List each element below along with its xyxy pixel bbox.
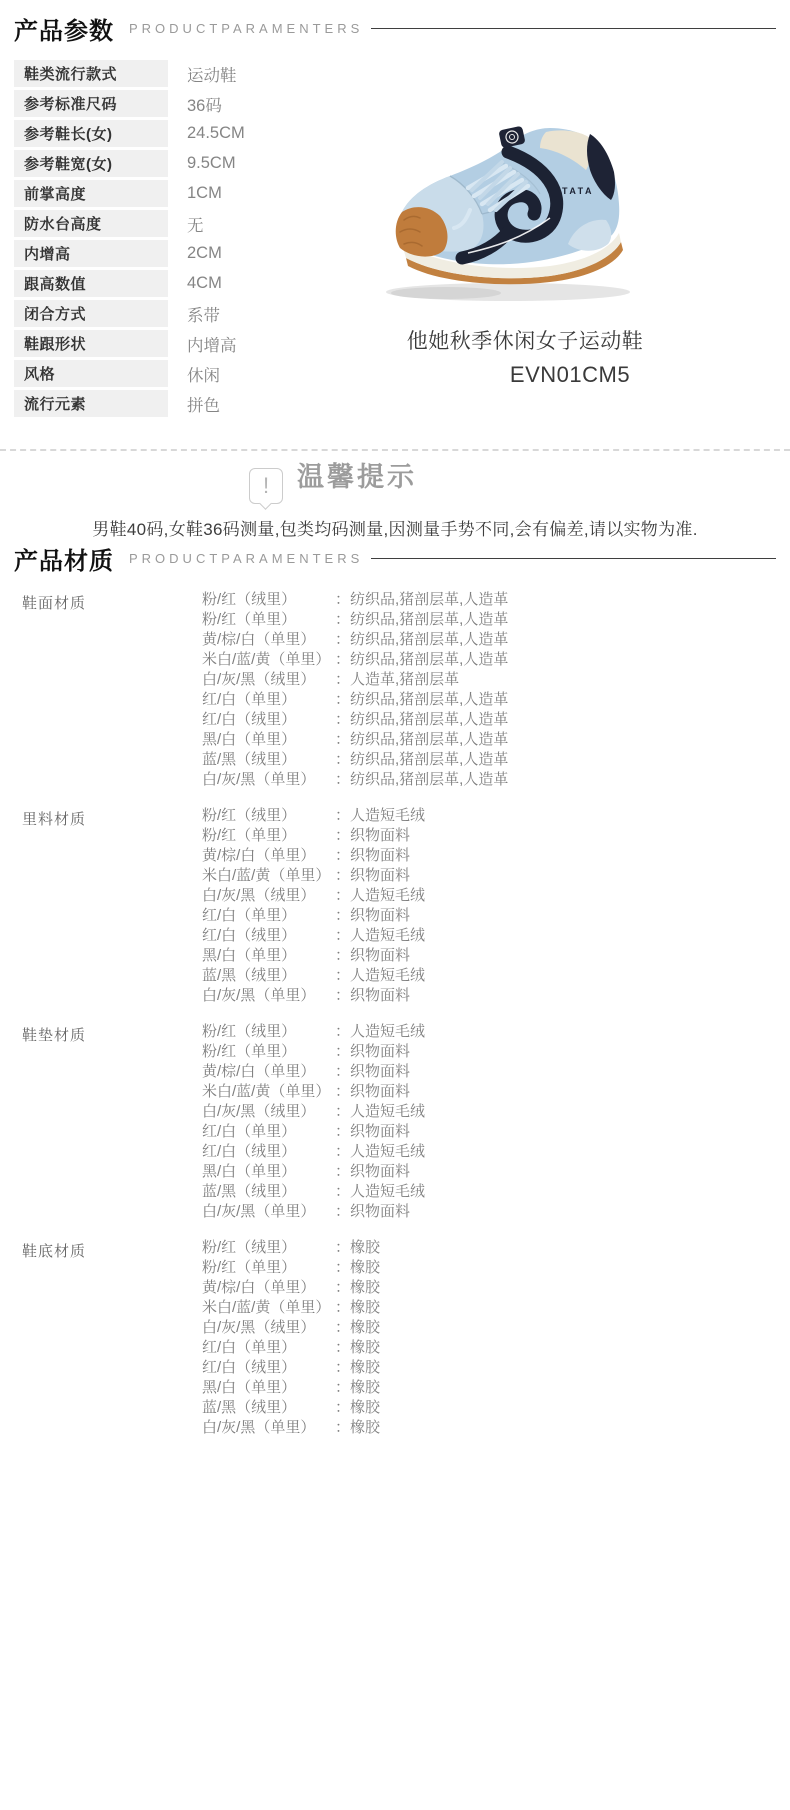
material-row: 粉/红（单里） ：纺织品,猪剖层革,人造革 (202, 610, 508, 630)
dashed-divider (0, 449, 790, 451)
material-colorway: 粉/红（绒里） (202, 1022, 335, 1042)
material-row: 红/白（绒里） ：人造短毛绒 (202, 1142, 425, 1162)
material-colorway: 米白/蓝/黄（单里） (202, 1298, 335, 1318)
material-group-insole: 鞋垫材质 粉/红（绒里） ：人造短毛绒 粉/红（单里） ：织物面料 黄/棕/白（… (22, 1022, 508, 1222)
material-colorway: 红/白（单里） (202, 690, 335, 710)
material-value: ：纺织品,猪剖层革,人造革 (335, 590, 508, 610)
material-colorway: 白/灰/黑（绒里） (202, 1102, 335, 1122)
material-value: ：人造短毛绒 (335, 886, 425, 906)
params-section-subtitle: PRODUCTPARAMENTERS (129, 21, 363, 36)
header-rule-line (371, 558, 776, 559)
param-value: 拼色 (187, 390, 220, 417)
product-image: TATA (350, 92, 670, 312)
param-value: 无 (187, 210, 204, 237)
material-row: 黄/棕/白（单里） ：织物面料 (202, 846, 425, 866)
material-colorway: 米白/蓝/黄（单里） (202, 650, 335, 670)
material-value: ：纺织品,猪剖层革,人造革 (335, 650, 508, 670)
param-value: 4CM (187, 270, 222, 297)
material-value: ：橡胶 (335, 1398, 380, 1418)
param-value: 运动鞋 (187, 60, 237, 87)
material-row: 黑/白（单里） ：纺织品,猪剖层革,人造革 (202, 730, 508, 750)
material-colorway: 白/灰/黑（绒里） (202, 1318, 335, 1338)
materials-table: 鞋面材质 粉/红（绒里） ：纺织品,猪剖层革,人造革 粉/红（单里） ：纺织品,… (22, 590, 508, 1454)
param-value: 系带 (187, 300, 220, 327)
material-rows: 粉/红（绒里） ：纺织品,猪剖层革,人造革 粉/红（单里） ：纺织品,猪剖层革,… (202, 590, 508, 790)
param-label: 参考鞋宽(女) (14, 150, 168, 177)
material-colorway: 红/白（绒里） (202, 1358, 335, 1378)
material-colorway: 白/灰/黑（单里） (202, 1202, 335, 1222)
material-value: ：橡胶 (335, 1258, 380, 1278)
material-row: 蓝/黑（绒里） ：人造短毛绒 (202, 966, 425, 986)
material-value: ：织物面料 (335, 826, 410, 846)
material-value: ：橡胶 (335, 1318, 380, 1338)
material-value: ：橡胶 (335, 1358, 380, 1378)
material-colorway: 黑/白（单里） (202, 1378, 335, 1398)
material-row: 红/白（单里） ：织物面料 (202, 1122, 425, 1142)
material-colorway: 粉/红（绒里） (202, 806, 335, 826)
material-row: 黑/白（单里） ：织物面料 (202, 946, 425, 966)
material-colorway: 红/白（单里） (202, 1122, 335, 1142)
materials-section-title: 产品材质 (14, 541, 114, 576)
material-value: ：织物面料 (335, 1082, 410, 1102)
material-rows: 粉/红（绒里） ：人造短毛绒 粉/红（单里） ：织物面料 黄/棕/白（单里） ：… (202, 806, 425, 1006)
material-colorway: 白/灰/黑（单里） (202, 770, 335, 790)
param-label: 鞋类流行款式 (14, 60, 168, 87)
material-value: ：橡胶 (335, 1278, 380, 1298)
param-label: 参考标准尺码 (14, 90, 168, 117)
material-value: ：橡胶 (335, 1238, 380, 1258)
material-colorway: 粉/红（单里） (202, 826, 335, 846)
material-colorway: 蓝/黑（绒里） (202, 750, 335, 770)
param-value: 2CM (187, 240, 222, 267)
material-colorway: 粉/红（单里） (202, 1258, 335, 1278)
material-row: 红/白（绒里） ：橡胶 (202, 1358, 380, 1378)
material-row: 粉/红（绒里） ：纺织品,猪剖层革,人造革 (202, 590, 508, 610)
header-rule-line (371, 28, 776, 29)
material-value: ：人造短毛绒 (335, 966, 425, 986)
materials-section-subtitle: PRODUCTPARAMENTERS (129, 551, 363, 566)
material-value: ：织物面料 (335, 1162, 410, 1182)
material-colorway: 蓝/黑（绒里） (202, 1398, 335, 1418)
shoe-brand-text: TATA (562, 186, 594, 196)
param-value: 24.5CM (187, 120, 245, 147)
material-value: ：织物面料 (335, 1062, 410, 1082)
params-section-header: 产品参数 PRODUCTPARAMENTERS (14, 11, 776, 46)
material-group-label: 里料材质 (22, 806, 202, 1006)
material-colorway: 米白/蓝/黄（单里） (202, 1082, 335, 1102)
material-value: ：人造短毛绒 (335, 806, 425, 826)
param-value: 36码 (187, 90, 222, 117)
material-colorway: 黑/白（单里） (202, 946, 335, 966)
material-colorway: 粉/红（单里） (202, 1042, 335, 1062)
tips-header: ! 温馨提示 (0, 455, 728, 504)
material-row: 红/白（单里） ：织物面料 (202, 906, 425, 926)
material-value: ：织物面料 (335, 1202, 410, 1222)
material-colorway: 红/白（绒里） (202, 926, 335, 946)
material-colorway: 蓝/黑（绒里） (202, 1182, 335, 1202)
material-colorway: 粉/红（单里） (202, 610, 335, 630)
material-colorway: 白/灰/黑（单里） (202, 1418, 335, 1438)
material-row: 红/白（绒里） ：人造短毛绒 (202, 926, 425, 946)
material-row: 米白/蓝/黄（单里） ：织物面料 (202, 866, 425, 886)
param-value: 内增高 (187, 330, 237, 357)
material-value: ：纺织品,猪剖层革,人造革 (335, 610, 508, 630)
material-colorway: 红/白（绒里） (202, 710, 335, 730)
material-value: ：橡胶 (335, 1338, 380, 1358)
material-row: 蓝/黑（绒里） ：纺织品,猪剖层革,人造革 (202, 750, 508, 770)
material-row: 白/灰/黑（绒里） ：人造短毛绒 (202, 886, 425, 906)
product-model: EVN01CM5 (345, 362, 790, 388)
material-colorway: 白/灰/黑（单里） (202, 986, 335, 1006)
material-value: ：人造革,猪剖层革 (335, 670, 459, 690)
material-row: 黄/棕/白（单里） ：橡胶 (202, 1278, 380, 1298)
material-row: 白/灰/黑（绒里） ：人造短毛绒 (202, 1102, 425, 1122)
param-value: 休闲 (187, 360, 220, 387)
material-row: 白/灰/黑（单里） ：纺织品,猪剖层革,人造革 (202, 770, 508, 790)
sneaker-illustration: TATA (350, 92, 670, 312)
param-label: 前掌高度 (14, 180, 168, 207)
material-value: ：橡胶 (335, 1418, 380, 1438)
material-colorway: 黄/棕/白（单里） (202, 846, 335, 866)
material-colorway: 粉/红（绒里） (202, 590, 335, 610)
param-value: 1CM (187, 180, 222, 207)
material-group-upper: 鞋面材质 粉/红（绒里） ：纺织品,猪剖层革,人造革 粉/红（单里） ：纺织品,… (22, 590, 508, 790)
material-row: 蓝/黑（绒里） ：橡胶 (202, 1398, 380, 1418)
material-value: ：织物面料 (335, 986, 410, 1006)
tips-block: ! 温馨提示 男鞋40码,女鞋36码测量,包类均码测量,因测量手势不同,会有偏差… (0, 455, 790, 540)
material-colorway: 白/灰/黑（绒里） (202, 886, 335, 906)
param-row: 流行元素 拼色 (14, 390, 614, 417)
material-row: 红/白（单里） ：橡胶 (202, 1338, 380, 1358)
param-label: 风格 (14, 360, 168, 387)
material-rows: 粉/红（绒里） ：人造短毛绒 粉/红（单里） ：织物面料 黄/棕/白（单里） ：… (202, 1022, 425, 1222)
material-value: ：织物面料 (335, 906, 410, 926)
material-value: ：人造短毛绒 (335, 1182, 425, 1202)
material-colorway: 红/白（单里） (202, 1338, 335, 1358)
material-value: ：纺织品,猪剖层革,人造革 (335, 710, 508, 730)
material-row: 黄/棕/白（单里） ：织物面料 (202, 1062, 425, 1082)
material-row: 粉/红（绒里） ：橡胶 (202, 1238, 380, 1258)
material-group-lining: 里料材质 粉/红（绒里） ：人造短毛绒 粉/红（单里） ：织物面料 黄/棕/白（… (22, 806, 508, 1006)
material-value: ：纺织品,猪剖层革,人造革 (335, 750, 508, 770)
material-value: ：纺织品,猪剖层革,人造革 (335, 730, 508, 750)
material-value: ：织物面料 (335, 866, 410, 886)
material-row: 白/灰/黑（单里） ：织物面料 (202, 1202, 425, 1222)
tips-title: 温馨提示 (297, 455, 417, 494)
material-colorway: 米白/蓝/黄（单里） (202, 866, 335, 886)
param-row: 鞋类流行款式 运动鞋 (14, 60, 614, 87)
material-row: 粉/红（单里） ：橡胶 (202, 1258, 380, 1278)
material-value: ：纺织品,猪剖层革,人造革 (335, 770, 508, 790)
material-value: ：人造短毛绒 (335, 1022, 425, 1042)
material-row: 粉/红（绒里） ：人造短毛绒 (202, 1022, 425, 1042)
material-row: 白/灰/黑（单里） ：织物面料 (202, 986, 425, 1006)
param-label: 防水台高度 (14, 210, 168, 237)
material-row: 红/白（绒里） ：纺织品,猪剖层革,人造革 (202, 710, 508, 730)
param-value: 9.5CM (187, 150, 236, 177)
material-row: 蓝/黑（绒里） ：人造短毛绒 (202, 1182, 425, 1202)
materials-section-header: 产品材质 PRODUCTPARAMENTERS (14, 541, 776, 576)
material-value: ：织物面料 (335, 946, 410, 966)
material-row: 米白/蓝/黄（单里） ：橡胶 (202, 1298, 380, 1318)
material-row: 粉/红（绒里） ：人造短毛绒 (202, 806, 425, 826)
material-value: ：纺织品,猪剖层革,人造革 (335, 690, 508, 710)
material-value: ：人造短毛绒 (335, 1142, 425, 1162)
material-row: 黑/白（单里） ：橡胶 (202, 1378, 380, 1398)
param-label: 跟高数值 (14, 270, 168, 297)
material-value: ：织物面料 (335, 846, 410, 866)
material-group-outsole: 鞋底材质 粉/红（绒里） ：橡胶 粉/红（单里） ：橡胶 黄/棕/白（单里） ：… (22, 1238, 508, 1438)
material-row: 白/灰/黑（绒里） ：橡胶 (202, 1318, 380, 1338)
material-colorway: 蓝/黑（绒里） (202, 966, 335, 986)
material-colorway: 黄/棕/白（单里） (202, 1278, 335, 1298)
param-label: 鞋跟形状 (14, 330, 168, 357)
param-label: 参考鞋长(女) (14, 120, 168, 147)
material-value: ：织物面料 (335, 1042, 410, 1062)
material-colorway: 红/白（单里） (202, 906, 335, 926)
material-colorway: 黄/棕/白（单里） (202, 1062, 335, 1082)
material-value: ：纺织品,猪剖层革,人造革 (335, 630, 508, 650)
material-value: ：人造短毛绒 (335, 926, 425, 946)
material-row: 黄/棕/白（单里） ：纺织品,猪剖层革,人造革 (202, 630, 508, 650)
material-rows: 粉/红（绒里） ：橡胶 粉/红（单里） ：橡胶 黄/棕/白（单里） ：橡胶 米白… (202, 1238, 380, 1438)
material-group-label: 鞋底材质 (22, 1238, 202, 1438)
material-colorway: 黑/白（单里） (202, 1162, 335, 1182)
material-row: 粉/红（单里） ：织物面料 (202, 1042, 425, 1062)
material-row: 米白/蓝/黄（单里） ：织物面料 (202, 1082, 425, 1102)
material-row: 白/灰/黑（单里） ：橡胶 (202, 1418, 380, 1438)
material-row: 粉/红（单里） ：织物面料 (202, 826, 425, 846)
material-value: ：织物面料 (335, 1122, 410, 1142)
material-colorway: 红/白（绒里） (202, 1142, 335, 1162)
material-group-label: 鞋面材质 (22, 590, 202, 790)
params-section-title: 产品参数 (14, 11, 114, 46)
material-value: ：橡胶 (335, 1378, 380, 1398)
material-row: 红/白（单里） ：纺织品,猪剖层革,人造革 (202, 690, 508, 710)
material-colorway: 黑/白（单里） (202, 730, 335, 750)
param-label: 内增高 (14, 240, 168, 267)
material-value: ：人造短毛绒 (335, 1102, 425, 1122)
material-row: 米白/蓝/黄（单里） ：纺织品,猪剖层革,人造革 (202, 650, 508, 670)
material-colorway: 粉/红（绒里） (202, 1238, 335, 1258)
product-title: 他她秋季休闲女子运动鞋 (300, 325, 750, 355)
param-label: 闭合方式 (14, 300, 168, 327)
product-detail-page: { "params_section": { "title": "产品参数", "… (0, 0, 790, 1810)
material-value: ：橡胶 (335, 1298, 380, 1318)
material-row: 白/灰/黑（绒里） ：人造革,猪剖层革 (202, 670, 508, 690)
param-label: 流行元素 (14, 390, 168, 417)
material-colorway: 黄/棕/白（单里） (202, 630, 335, 650)
exclamation-icon: ! (249, 468, 283, 504)
material-colorway: 白/灰/黑（绒里） (202, 670, 335, 690)
material-group-label: 鞋垫材质 (22, 1022, 202, 1222)
material-row: 黑/白（单里） ：织物面料 (202, 1162, 425, 1182)
tips-text: 男鞋40码,女鞋36码测量,包类均码测量,因测量手势不同,会有偏差,请以实物为准… (0, 515, 790, 540)
